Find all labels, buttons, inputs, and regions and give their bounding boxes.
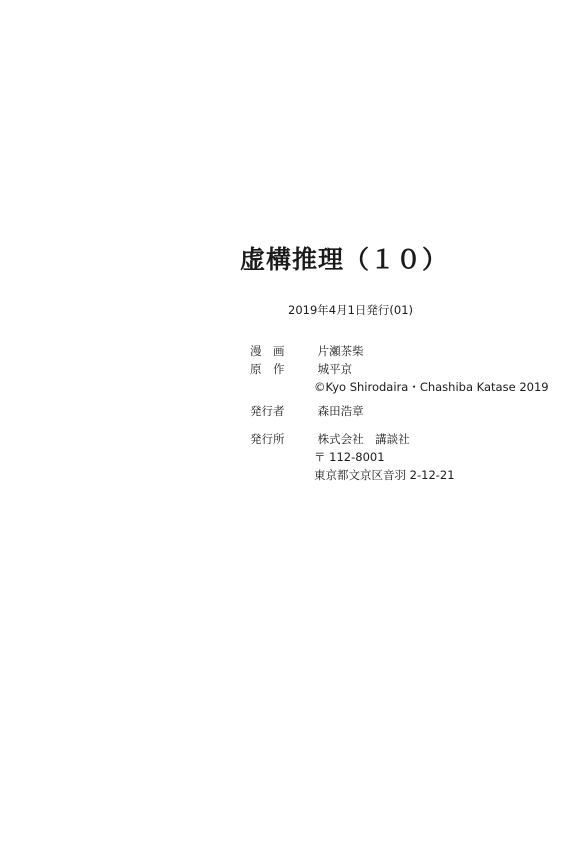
postal-code: 〒 112-8001 (314, 449, 385, 465)
publisher-name: 株式会社 講談社 (318, 431, 410, 447)
original-label: 原 作 (250, 361, 314, 377)
publisher-label: 発行所 (250, 431, 314, 447)
original-row: 原 作 城平京 (250, 361, 352, 377)
original-author: 城平京 (318, 361, 353, 377)
publisher-row: 発行所 株式会社 講談社 (250, 431, 410, 447)
copyright-notice: ©Kyo Shirodaira・Chashiba Katase 2019 (314, 379, 549, 395)
publication-date: 2019年4月1日発行(01) (288, 302, 413, 318)
manga-artist: 片瀬茶柴 (318, 343, 364, 359)
manga-row: 漫 画 片瀬茶柴 (250, 343, 364, 359)
publisher-address: 東京都文京区音羽 2-12-21 (314, 467, 455, 483)
publisher-person: 森田浩章 (318, 403, 364, 419)
publisher-person-row: 発行者 森田浩章 (250, 403, 364, 419)
manga-label: 漫 画 (250, 343, 314, 359)
publisher-person-label: 発行者 (250, 403, 314, 419)
book-title: 虚構推理（１０） (240, 240, 448, 276)
